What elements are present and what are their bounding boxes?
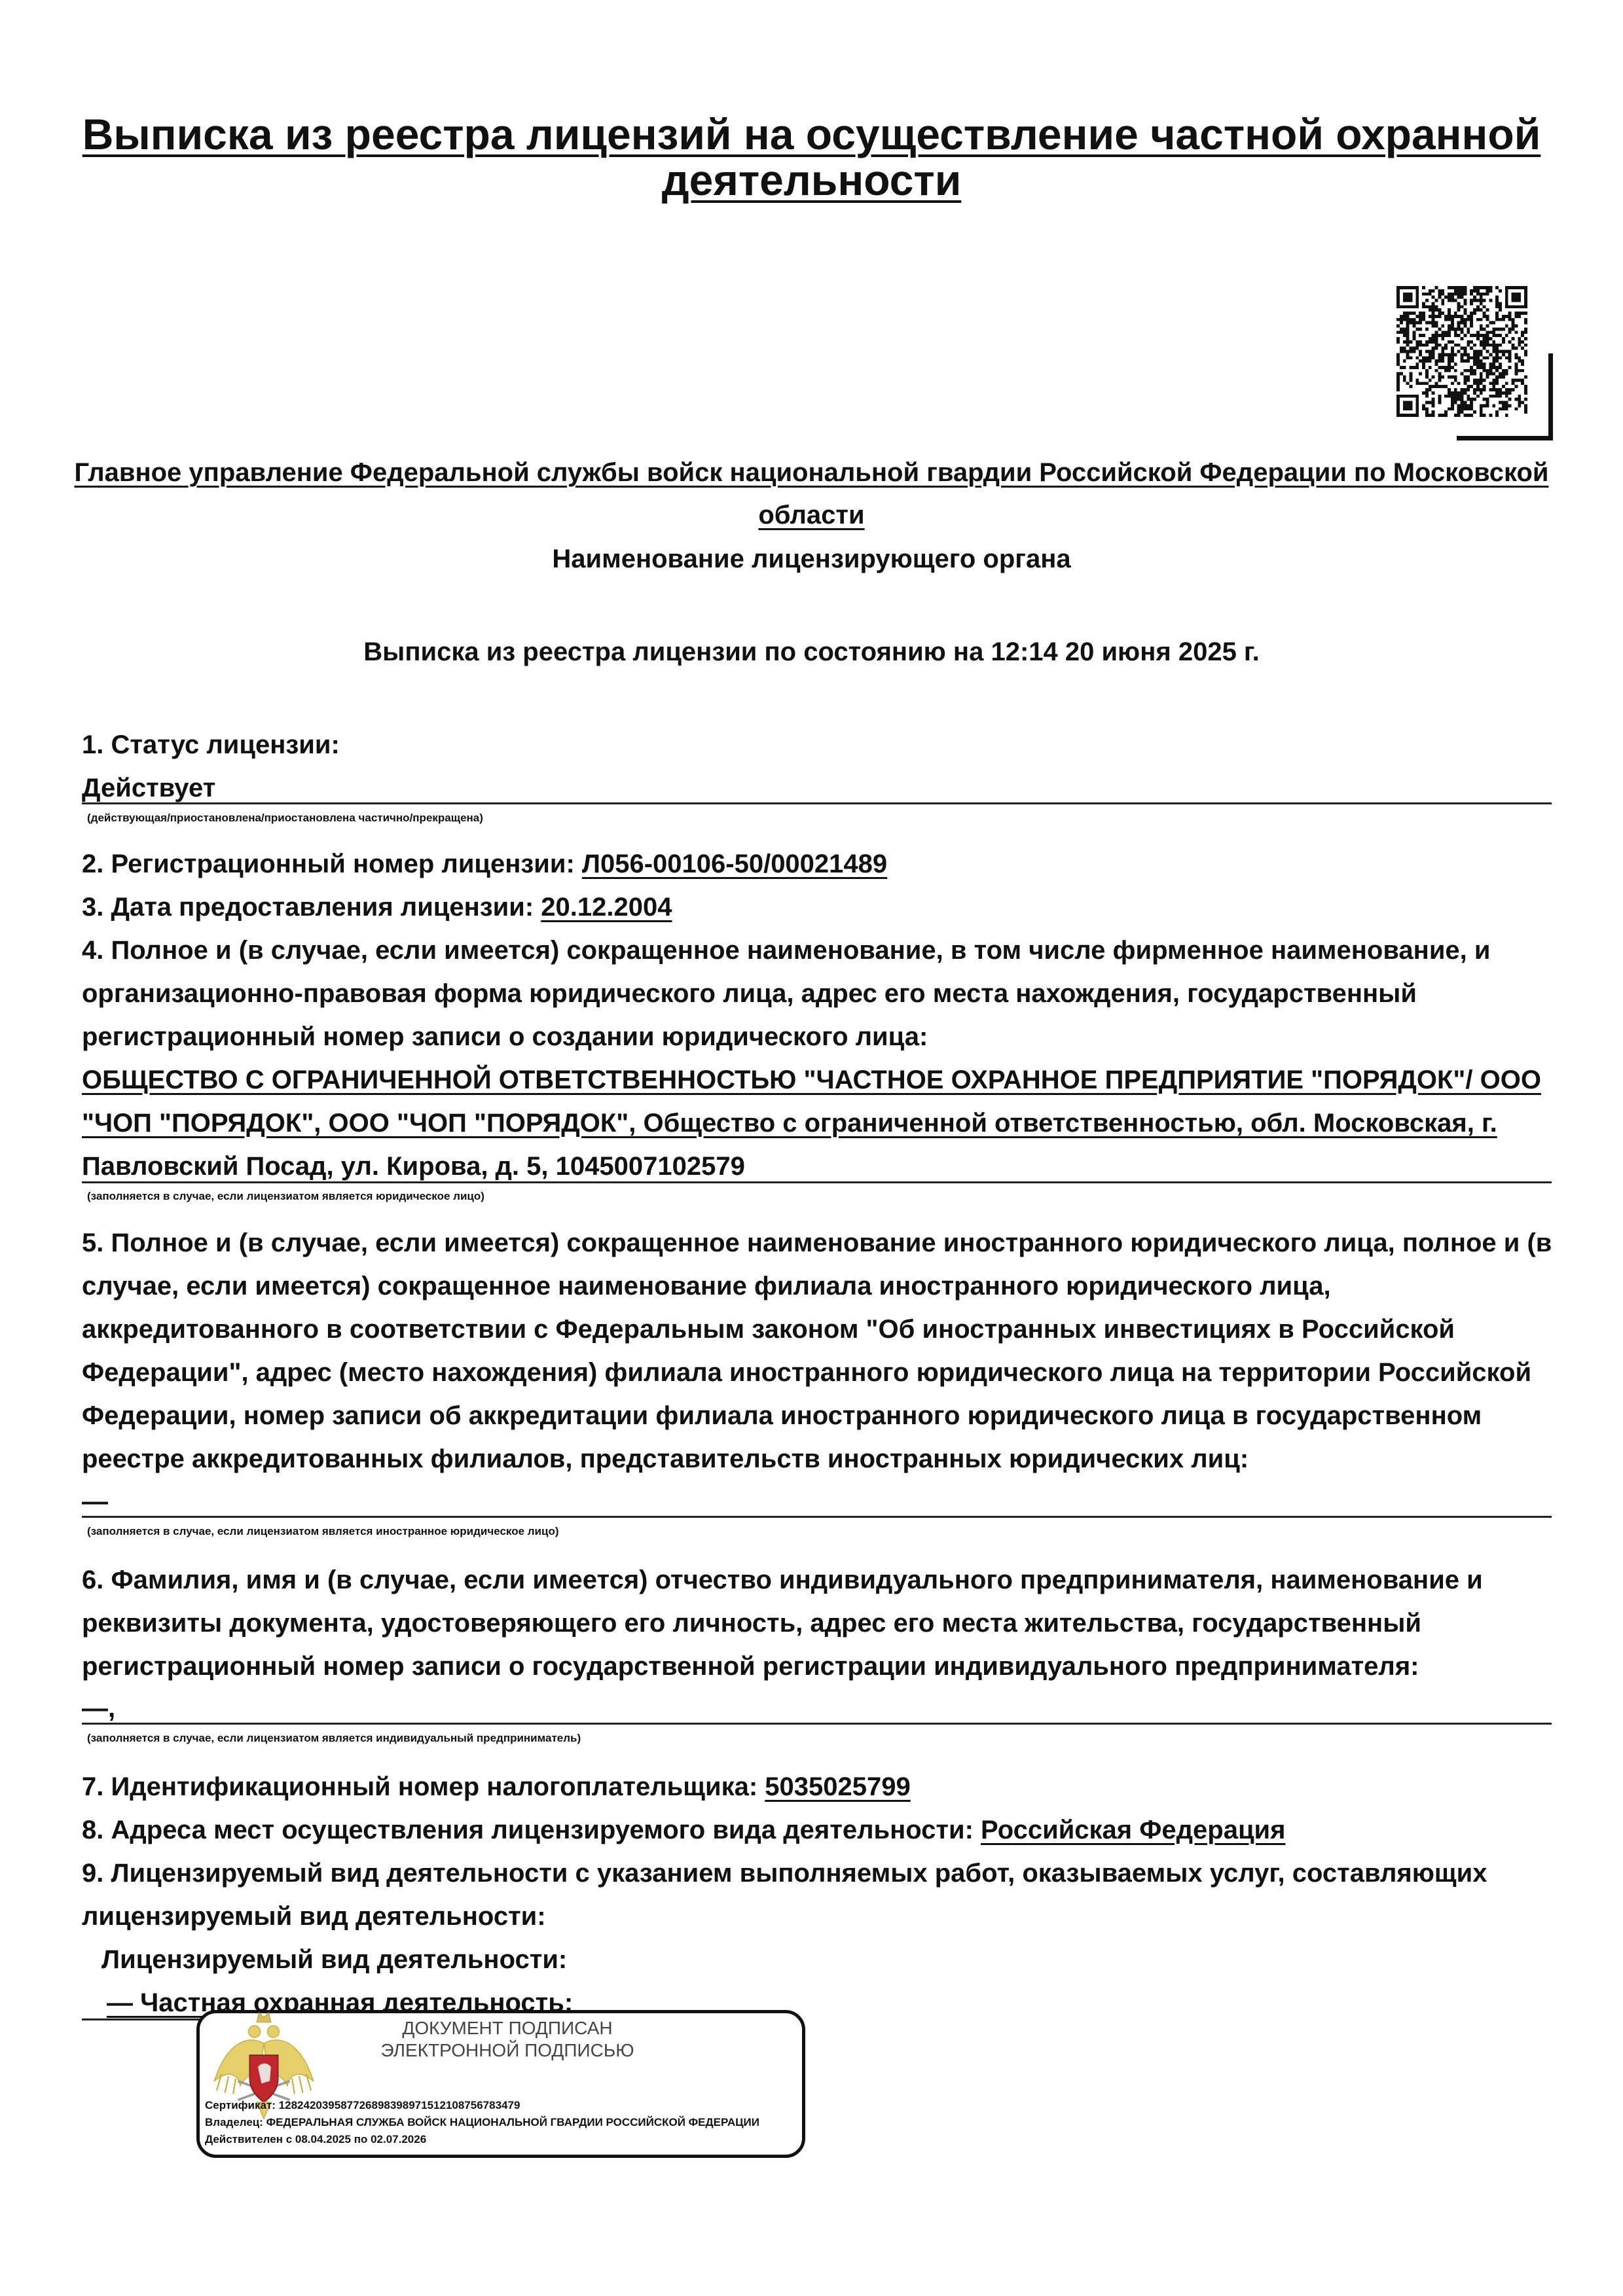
individual-label-3: регистрационный номер записи о государст… [82, 1651, 1419, 1682]
activity-label-1: 9. Лицензируемый вид деятельности с указ… [82, 1857, 1487, 1889]
licensing-authority-cont: области [0, 499, 1623, 531]
legal-entity-rule [82, 1181, 1552, 1183]
authority-caption: Наименование лицензирующего органа [0, 543, 1623, 575]
stamp-owner: Владелец: ФЕДЕРАЛЬНАЯ СЛУЖБА ВОЙСК НАЦИО… [205, 2114, 759, 2131]
foreign-entity-hint: (заполняется в случае, если лицензиатом … [87, 1525, 559, 1538]
electronic-signature-stamp: ДОКУМЕНТ ПОДПИСАН ЭЛЕКТРОННОЙ ПОДПИСЬЮ С… [196, 2010, 805, 2158]
issue-date-value: 20.12.2004 [541, 893, 672, 922]
legal-entity-label-2: организационно-правовая форма юридическо… [82, 978, 1417, 1009]
foreign-entity-label-4: Федерации", адрес (место нахождения) фил… [82, 1357, 1531, 1388]
document-title-line-2: деятельности [0, 157, 1623, 203]
reg-number-row: 2. Регистрационный номер лицензии: Л056-… [82, 848, 887, 880]
status-hint: (действующая/приостановлена/приостановле… [87, 812, 483, 825]
authority-line-2: области [758, 501, 864, 529]
legal-entity-value-1: ОБЩЕСТВО С ОГРАНИЧЕННОЙ ОТВЕТСТВЕННОСТЬЮ… [82, 1064, 1541, 1096]
addresses-value: Российская Федерация [981, 1816, 1285, 1844]
activity-sub-label: Лицензируемый вид деятельности: [101, 1944, 567, 1975]
inn-label: 7. Идентификационный номер налогоплатель… [82, 1772, 765, 1801]
status-label: 1. Статус лицензии: [82, 729, 340, 761]
extract-as-of-date: Выписка из реестра лицензии по состоянию… [0, 636, 1623, 668]
legal-entity-name: ОБЩЕСТВО С ОГРАНИЧЕННОЙ ОТВЕТСТВЕННОСТЬЮ… [82, 1066, 1541, 1094]
stamp-title-line-2: ЭЛЕКТРОННОЙ ПОДПИСЬЮ [357, 2041, 658, 2060]
inn-row: 7. Идентификационный номер налогоплатель… [82, 1771, 911, 1803]
individual-label-1: 6. Фамилия, имя и (в случае, если имеетс… [82, 1564, 1483, 1596]
foreign-entity-label-5: Федерации, номер записи об аккредитации … [82, 1400, 1482, 1431]
legal-entity-label-3: регистрационный номер записи о создании … [82, 1021, 928, 1052]
legal-entity-name-cont: "ЧОП "ПОРЯДОК", ООО "ЧОП "ПОРЯДОК", Обще… [82, 1109, 1497, 1138]
individual-value: —, [82, 1693, 115, 1724]
legal-entity-value-3: Павловский Посад, ул. Кирова, д. 5, 1045… [82, 1151, 745, 1182]
status-rule [82, 802, 1552, 804]
authority-line-1: Главное управление Федеральной службы во… [75, 458, 1549, 487]
reg-number-label: 2. Регистрационный номер лицензии: [82, 850, 582, 878]
activity-label-2: лицензируемый вид деятельности: [82, 1901, 546, 1932]
issue-date-label: 3. Дата предоставления лицензии: [82, 893, 541, 922]
qr-corner-bracket [1457, 353, 1553, 440]
title-text-2: деятельности [662, 156, 962, 204]
foreign-entity-rule [82, 1516, 1552, 1518]
foreign-entity-label-2: случае, если имеется) сокращенное наимен… [82, 1270, 1331, 1302]
status-value: Действует [82, 772, 215, 804]
stamp-validity: Действителен с 08.04.2025 по 02.07.2026 [205, 2131, 426, 2148]
addresses-label: 8. Адреса мест осуществления лицензируем… [82, 1816, 981, 1844]
individual-hint: (заполняется в случае, если лицензиатом … [87, 1732, 581, 1745]
foreign-entity-label-6: реестре аккредитованных филиалов, предст… [82, 1443, 1249, 1475]
stamp-title-line-1: ДОКУМЕНТ ПОДПИСАН [357, 2018, 658, 2038]
foreign-entity-label-1: 5. Полное и (в случае, если имеется) сок… [82, 1227, 1552, 1259]
reg-number-value: Л056-00106-50/00021489 [582, 850, 887, 878]
addresses-row: 8. Адреса мест осуществления лицензируем… [82, 1814, 1285, 1846]
individual-label-2: реквизиты документа, удостоверяющего его… [82, 1607, 1421, 1639]
legal-entity-value-2: "ЧОП "ПОРЯДОК", ООО "ЧОП "ПОРЯДОК", Обще… [82, 1107, 1497, 1139]
foreign-entity-label-3: аккредитованного в соответствии с Федера… [82, 1314, 1455, 1345]
inn-value: 5035025799 [765, 1772, 910, 1801]
title-text-1: Выписка из реестра лицензий на осуществл… [82, 110, 1541, 158]
document-title-line-1: Выписка из реестра лицензий на осуществл… [0, 111, 1623, 157]
licensing-authority: Главное управление Федеральной службы во… [0, 457, 1623, 488]
individual-rule [82, 1723, 1552, 1725]
issue-date-row: 3. Дата предоставления лицензии: 20.12.2… [82, 891, 672, 923]
stamp-certificate: Сертификат: 1282420395877268983989715121… [205, 2097, 520, 2114]
legal-entity-label-1: 4. Полное и (в случае, если имеется) сок… [82, 935, 1490, 966]
legal-entity-hint: (заполняется в случае, если лицензиатом … [87, 1190, 484, 1203]
foreign-entity-value: — [82, 1486, 108, 1517]
